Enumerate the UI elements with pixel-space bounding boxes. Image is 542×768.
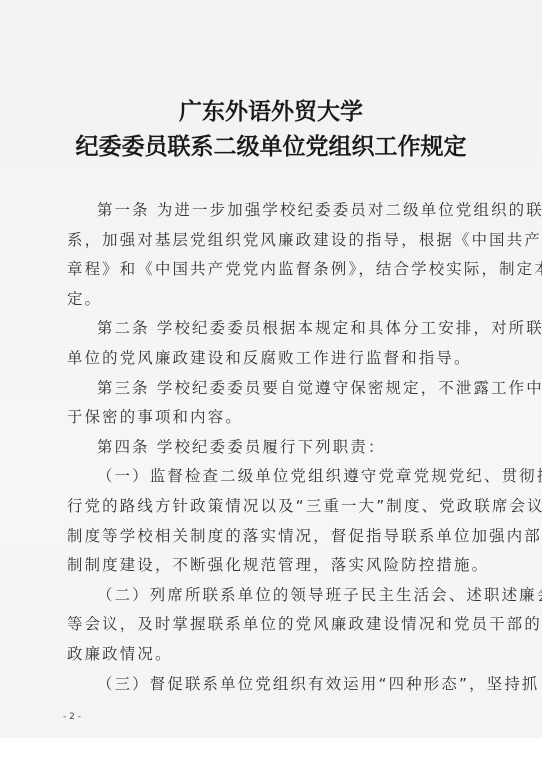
- article-1-line: 第一条 为进一步加强学校纪委委员对二级单位党组织的联: [67, 196, 491, 226]
- duty-1-line: 行党的路线方针政策情况以及“三重一大”制度、党政联席会议: [67, 492, 491, 522]
- article-2-line: 单位的党风廉政建设和反腐败工作进行监督和指导。: [67, 344, 491, 374]
- duty-2-line: 等会议，及时掌握联系单位的党风廉政建设情况和党员干部的勤: [67, 610, 491, 640]
- duty-1-line: 制度等学校相关制度的落实情况，督促指导联系单位加强内部控: [67, 522, 491, 552]
- article-3-line: 于保密的事项和内容。: [67, 403, 491, 433]
- duty-2-line: （二）列席所联系单位的领导班子民主生活会、述职述廉会: [67, 581, 491, 611]
- page-number: - 2 -: [63, 712, 81, 722]
- document-title-line2: 纪委委员联系二级单位党组织工作规定: [0, 128, 542, 161]
- article-4-line: 第四条 学校纪委委员履行下列职责：: [67, 433, 491, 463]
- article-1-line: 系，加强对基层党组织党风廉政建设的指导，根据《中国共产党: [67, 226, 491, 256]
- duty-3-line: （三）督促联系单位党组织有效运用“四种形态”，坚持抓: [67, 670, 491, 700]
- article-1-line: 章程》和《中国共产党党内监督条例》，结合学校实际，制定本规: [67, 255, 491, 285]
- document-page: 广东外语外贸大学 纪委委员联系二级单位党组织工作规定 第一条 为进一步加强学校纪…: [0, 0, 542, 768]
- duty-2-line: 政廉政情况。: [67, 640, 491, 670]
- article-2-line: 第二条 学校纪委委员根据本规定和具体分工安排，对所联系: [67, 314, 491, 344]
- duty-1-line: （一）监督检查二级单位党组织遵守党章党规党纪、贯彻执: [67, 462, 491, 492]
- duty-1-line: 制制度建设，不断强化规范管理，落实风险防控措施。: [67, 551, 491, 581]
- page-bottom-edge: [0, 738, 542, 768]
- article-3-line: 第三条 学校纪委委员要自觉遵守保密规定，不泄露工作中属: [67, 374, 491, 404]
- document-body: 第一条 为进一步加强学校纪委委员对二级单位党组织的联 系，加强对基层党组织党风廉…: [67, 196, 491, 699]
- article-1-line: 定。: [67, 285, 491, 315]
- document-title-line1: 广东外语外贸大学: [0, 93, 542, 126]
